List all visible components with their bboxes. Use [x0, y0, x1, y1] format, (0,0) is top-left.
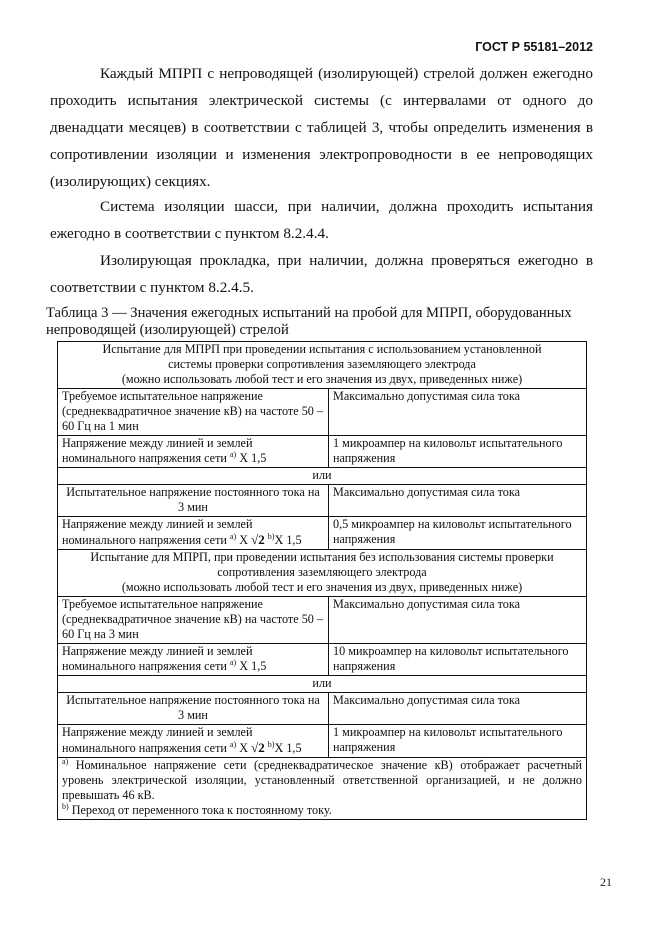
cell-text: X 1,5: [236, 451, 266, 465]
section1-dc-value-right: 0,5 микроампер на киловольт испытательно…: [329, 517, 587, 550]
section2-ac-value-left: Напряжение между линией и землей номинал…: [58, 644, 329, 676]
table-row: Испытание для МПРП при проведении испыта…: [58, 342, 587, 389]
table-row: Испытательное напряжение постоянного ток…: [58, 693, 587, 725]
table-caption: Таблица 3 — Значения ежегодных испытаний…: [46, 305, 606, 339]
cell-text: X 1,5: [236, 659, 266, 673]
section1-heading-line2: системы проверки сопротивления заземляющ…: [62, 357, 582, 372]
cell-text: Напряжение между линией и землей номинал…: [62, 517, 252, 547]
section1-dc-header-left: Испытательное напряжение постоянного ток…: [58, 485, 329, 517]
section2-ac-header-right: Максимально допустимая сила тока: [329, 597, 587, 644]
section1-heading: Испытание для МПРП при проведении испыта…: [58, 342, 587, 389]
test-values-table: Испытание для МПРП при проведении испыта…: [57, 341, 587, 820]
table-row: или: [58, 468, 587, 485]
section1-ac-value-left: Напряжение между линией и землей номинал…: [58, 436, 329, 468]
footnote-marker-b: b): [62, 802, 69, 811]
section2-heading-line1: Испытание для МПРП, при проведении испыт…: [62, 550, 582, 565]
section2-ac-header-left: Требуемое испытательное напряжение (сред…: [58, 597, 329, 644]
section2-dc-header-left: Испытательное напряжение постоянного ток…: [58, 693, 329, 725]
table-row: Напряжение между линией и землей номинал…: [58, 517, 587, 550]
footnote-b: b) Переход от переменного тока к постоян…: [62, 803, 582, 818]
section2-dc-value-left: Напряжение между линией и землей номинал…: [58, 725, 329, 758]
paragraph-insulating-pad: Изолирующая прокладка, при наличии, долж…: [50, 247, 593, 301]
section2-dc-value-right: 1 микроампер на киловольт испытательного…: [329, 725, 587, 758]
section2-heading: Испытание для МПРП, при проведении испыт…: [58, 550, 587, 597]
table-row: Напряжение между линией и землей номинал…: [58, 725, 587, 758]
table-row: Испытательное напряжение постоянного ток…: [58, 485, 587, 517]
section2-ac-value-right: 10 микроампер на киловольт испытательног…: [329, 644, 587, 676]
table-notes: а) Номинальное напряжение сети (среднекв…: [58, 758, 587, 820]
table-row: а) Номинальное напряжение сети (среднекв…: [58, 758, 587, 820]
table-row: или: [58, 676, 587, 693]
section1-dc-header-right: Максимально допустимая сила тока: [329, 485, 587, 517]
sqrt-two-symbol: √2: [251, 740, 265, 755]
section1-ac-value-right: 1 микроампер на киловольт испытательного…: [329, 436, 587, 468]
section1-ac-header-right: Максимально допустимая сила тока: [329, 389, 587, 436]
section2-heading-line2: сопротивления заземляющего электрода: [62, 565, 582, 580]
section1-ac-header-left: Требуемое испытательное напряжение (сред…: [58, 389, 329, 436]
section1-heading-line3: (можно использовать любой тест и его зна…: [62, 372, 582, 387]
table-row: Испытание для МПРП, при проведении испыт…: [58, 550, 587, 597]
cell-text: Напряжение между линией и землей номинал…: [62, 436, 252, 465]
cell-text: X 1,5: [274, 533, 301, 547]
cell-text: X: [236, 741, 251, 755]
document-code-header: ГОСТ Р 55181–2012: [475, 40, 593, 54]
section1-or-row: или: [58, 468, 587, 485]
sqrt-two-symbol: √2: [251, 532, 265, 547]
cell-text: X 1,5: [274, 741, 301, 755]
section2-or-row: или: [58, 676, 587, 693]
section1-dc-value-left: Напряжение между линией и землей номинал…: [58, 517, 329, 550]
table-row: Напряжение между линией и землей номинал…: [58, 436, 587, 468]
table-row: Требуемое испытательное напряжение (сред…: [58, 597, 587, 644]
paragraph-chassis-insulation: Система изоляции шасси, при наличии, дол…: [50, 193, 593, 247]
footnote-a: а) Номинальное напряжение сети (среднекв…: [62, 758, 582, 803]
paragraph-annual-testing: Каждый МПРП с непроводящей (изолирующей)…: [50, 60, 593, 195]
footnote-a-text: Номинальное напряжение сети (среднеквадр…: [62, 758, 582, 802]
table-row: Требуемое испытательное напряжение (сред…: [58, 389, 587, 436]
page-number: 21: [600, 875, 612, 890]
section2-heading-line3: (можно использовать любой тест и его зна…: [62, 580, 582, 595]
cell-text: Напряжение между линией и землей номинал…: [62, 644, 252, 673]
cell-text: Напряжение между линией и землей номинал…: [62, 725, 252, 755]
footnote-b-text: Переход от переменного тока к постоянном…: [69, 803, 332, 817]
table-row: Напряжение между линией и землей номинал…: [58, 644, 587, 676]
section1-heading-line1: Испытание для МПРП при проведении испыта…: [62, 342, 582, 357]
section2-dc-header-right: Максимально допустимая сила тока: [329, 693, 587, 725]
cell-text: X: [236, 533, 251, 547]
